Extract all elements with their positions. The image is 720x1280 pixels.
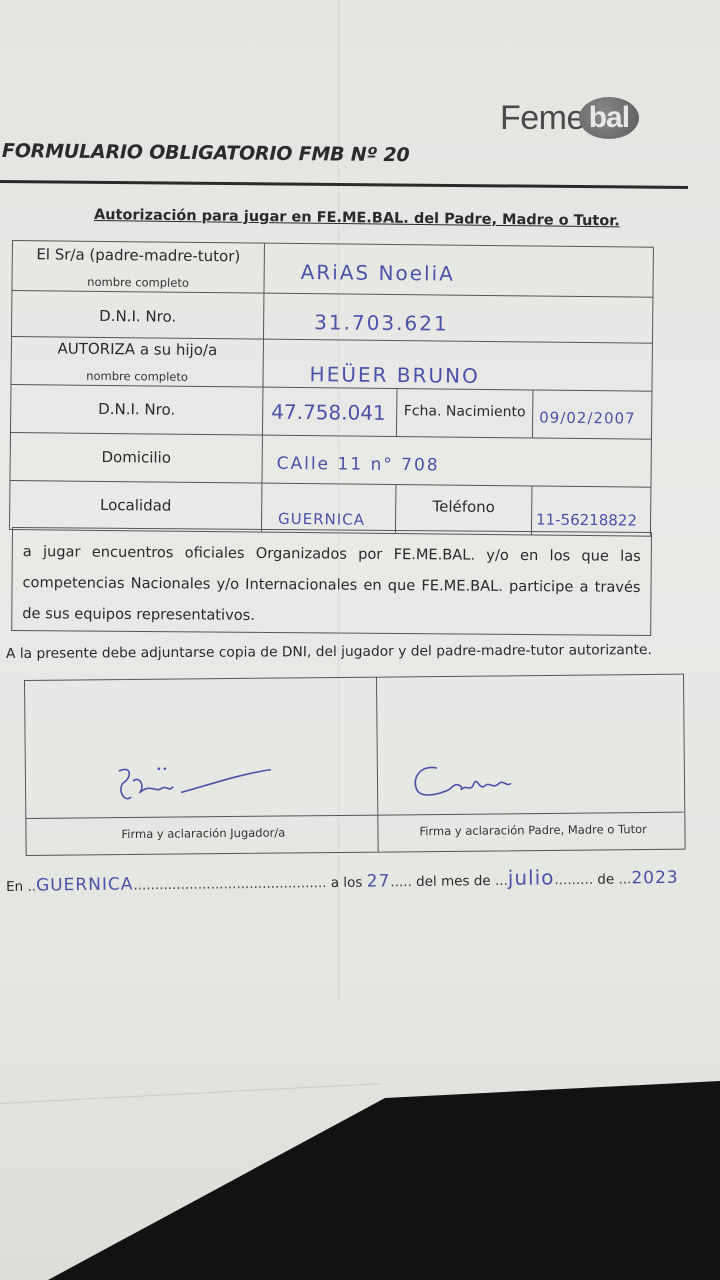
address-field[interactable]: CAlle 11 n° 708 <box>261 436 651 488</box>
locality-value: GUERNICA <box>278 510 365 529</box>
guardian-signature-icon <box>407 761 547 812</box>
child-dni-row: D.N.I. Nro. 47.758.041 Fcha. Nacimiento … <box>10 384 652 440</box>
child-name-value: HEÜER BRUNO <box>309 362 479 388</box>
day-value[interactable]: 27 <box>367 871 391 891</box>
child-sublabel: nombre completo <box>12 368 263 385</box>
guardian-signature-label: Firma y aclaración Padre, Madre o Tutor <box>419 822 647 838</box>
ball-icon: bal <box>579 97 639 139</box>
child-name-field[interactable]: HEÜER BRUNO <box>262 340 652 392</box>
phone-field[interactable]: 11-56218822 <box>531 486 651 535</box>
de-label: de <box>597 872 614 888</box>
guardian-dni-label: D.N.I. Nro. <box>12 306 263 327</box>
guardian-dni-value: 31.703.621 <box>314 310 449 335</box>
player-signature-icon <box>111 761 311 813</box>
child-label: AUTORIZA a su hijo/a <box>12 339 263 360</box>
guardian-signature-field[interactable]: Noelia <box>376 674 683 815</box>
guardian-label: El Sr/a (padre-madre-tutor) <box>13 245 264 266</box>
locality-label: Localidad <box>10 495 261 516</box>
femebal-logo: Feme bal <box>500 96 639 140</box>
address-row: Domicilio CAlle 11 n° 708 <box>9 432 651 488</box>
phone-value: 11-56218822 <box>536 511 637 530</box>
authorization-paragraph: a jugar encuentros oficiales Organizados… <box>11 527 652 636</box>
guardian-dni-row: D.N.I. Nro. 31.703.621 <box>11 290 653 344</box>
address-label: Domicilio <box>11 447 262 468</box>
birth-date-label: Fcha. Nacimiento <box>397 403 532 420</box>
guardian-name-value: ARiAS NoeliA <box>301 260 455 286</box>
guardian-name-field[interactable]: ARiAS NoeliA <box>263 244 654 298</box>
child-dni-field[interactable]: 47.758.041 <box>262 388 396 437</box>
form-title: FORMULARIO OBLIGATORIO FMB Nº 20 <box>2 140 410 166</box>
year-value[interactable]: 2023 <box>631 868 679 889</box>
player-signature-field[interactable]: Heüer <box>24 677 377 818</box>
address-value: CAlle 11 n° 708 <box>277 454 440 476</box>
guardian-sublabel: nombre completo <box>12 274 263 291</box>
logo-text: Feme <box>500 99 585 138</box>
city-value[interactable]: GUERNICA <box>36 874 134 895</box>
player-signature-label: Firma y aclaración Jugador/a <box>121 825 285 841</box>
en-label: En <box>6 879 23 895</box>
signature-section: Heüer Noelia Firma y aclaración Jugador/… <box>24 674 686 856</box>
a-los-label: a los <box>331 875 363 891</box>
mes-label: del mes de <box>416 873 491 890</box>
child-dni-label: D.N.I. Nro. <box>11 399 262 420</box>
child-name-row: AUTORIZA a su hijo/a nombre completo HEÜ… <box>10 336 652 392</box>
birth-date-value: 09/02/2007 <box>539 409 636 428</box>
month-value[interactable]: julio <box>508 865 555 890</box>
locality-field[interactable]: GUERNICA <box>261 484 395 533</box>
birth-date-field[interactable]: 09/02/2007 <box>532 390 652 439</box>
child-dni-value: 47.758.041 <box>271 400 386 425</box>
guardian-name-row: El Sr/a (padre-madre-tutor) nombre compl… <box>11 240 653 298</box>
guardian-dni-field[interactable]: 31.703.621 <box>263 294 653 344</box>
phone-label: Teléfono <box>396 497 531 516</box>
